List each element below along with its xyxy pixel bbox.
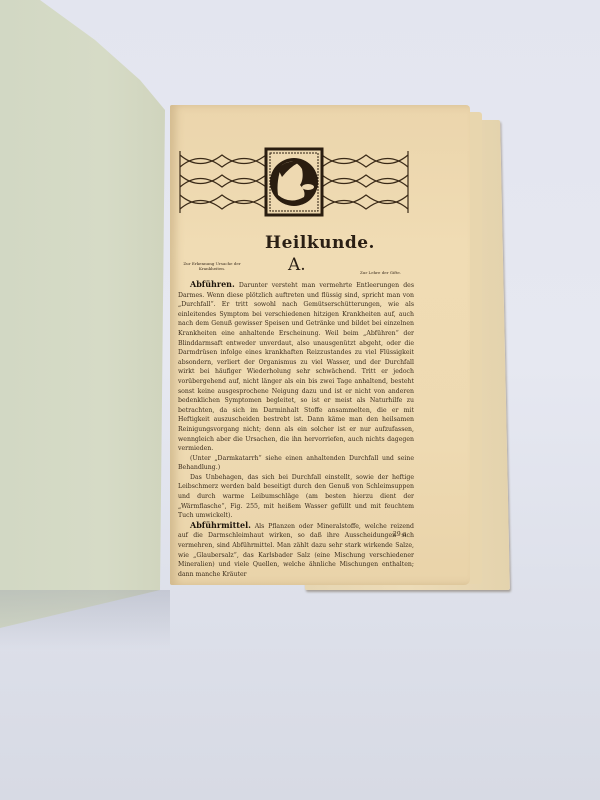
entry-term: Abführmittel. <box>190 520 251 530</box>
running-header-right: Zur Lehre der Gifte. <box>360 270 401 275</box>
body-text: Abführen. Darunter versteht man vermehrt… <box>178 280 414 579</box>
entry-term: Abführen. <box>190 279 235 289</box>
book-page: Heilkunde. Zur Erkennung Ursache der Kra… <box>170 105 470 585</box>
paragraph: Abführmittel. Als Pflanzen oder Minerals… <box>178 521 414 580</box>
paragraph-text: (Unter „Darmkatarrh“ siehe einen anhalte… <box>178 455 414 472</box>
page-shadow <box>0 590 170 650</box>
paragraph-text: Das Unbehagen, das sich bei Durchfall ei… <box>178 474 414 519</box>
section-letter: A. <box>288 255 306 275</box>
paragraph: Abführen. Darunter versteht man vermehrt… <box>178 280 414 454</box>
page-number: 29 a <box>393 531 406 538</box>
paragraph-text: Als Pflanzen oder Mineralstoffe, welche … <box>178 523 414 578</box>
paragraph-text: Darunter versteht man vermehrte Entleeru… <box>178 282 414 452</box>
left-page-blank <box>0 0 175 630</box>
page-title: Heilkunde. <box>170 233 470 253</box>
paragraph: (Unter „Darmkatarrh“ siehe einen anhalte… <box>178 454 414 473</box>
paragraph: Das Unbehagen, das sich bei Durchfall ei… <box>178 473 414 521</box>
art-nouveau-banner-icon <box>178 147 410 217</box>
running-header-left: Zur Erkennung Ursache der Krankheiten. <box>176 261 248 271</box>
